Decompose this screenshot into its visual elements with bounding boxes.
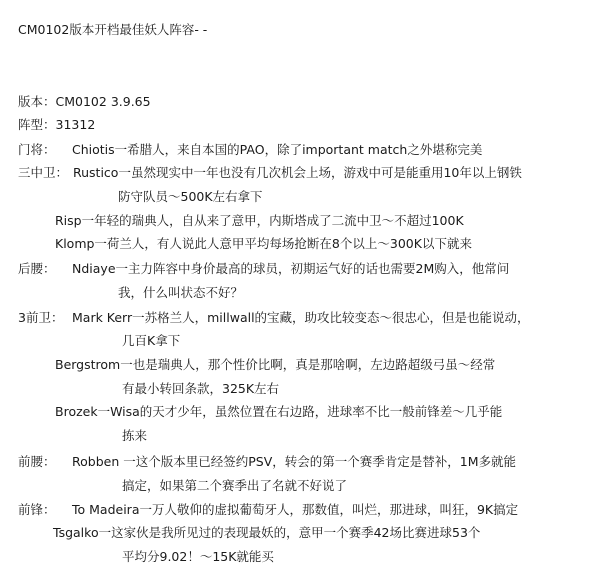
version-row: 版本：CM0102 3.9.65	[18, 94, 151, 110]
center-backs-label: 三中卫：	[18, 165, 68, 181]
midfielder-entry-cont: 几百K拿下	[122, 333, 180, 349]
formation-value: 31312	[56, 117, 96, 132]
midfielder-entry: Brozek一Wisa的天才少年，虽然位置在右边路，进球率不比一般前锋差～几乎能	[55, 404, 502, 420]
formation-label: 阵型：	[18, 117, 56, 132]
page-title: CM0102版本开档最佳妖人阵容- -	[18, 22, 207, 38]
center-back-entry: Rustico一虽然现实中一年也没有几次机会上场，游戏中可是能重用10年以上钢铁	[73, 165, 522, 181]
defensive-mid-entry-cont: 我，什么叫状态不好？	[118, 285, 243, 301]
formation-row: 阵型：31312	[18, 117, 95, 133]
midfielder-entry-cont: 拣来	[122, 428, 147, 444]
attacking-mid-label: 前腰：	[18, 454, 56, 470]
version-label: 版本：	[18, 94, 56, 109]
attacking-mid-entry: Robben 一这个版本里已经签约PSV，转会的第一个赛季肯定是替补，1M多就能	[72, 454, 516, 470]
forwards-label: 前锋：	[18, 502, 56, 518]
midfielder-entry: Mark Kerr一苏格兰人，millwall的宝藏，助攻比较变态～很忠心，但是…	[72, 310, 530, 326]
midfielder-entry: Bergstrom一也是瑞典人，那个性价比啊，真是那啥啊，左边路超级弓虽～经常	[55, 357, 495, 373]
midfielders-label: 3前卫：	[18, 310, 63, 326]
forward-entry-cont: 平均分9.02！～15K就能买	[122, 549, 274, 565]
center-back-entry-cont: 防守队员～500K左右拿下	[118, 189, 263, 205]
attacking-mid-entry-cont: 搞定，如果第二个赛季出了名就不好说了	[122, 478, 347, 494]
center-back-entry: Risp一年轻的瑞典人，自从来了意甲，内斯塔成了二流中卫～不超过100K	[55, 213, 464, 229]
forward-entry: Tsgalko一这家伙是我所见过的表现最妖的，意甲一个赛季42场比赛进球53个	[53, 525, 480, 541]
defensive-mid-label: 后腰：	[18, 261, 56, 277]
defensive-mid-entry: Ndiaye一主力阵容中身价最高的球员，初期运气好的话也需要2M购入，他常问	[72, 261, 509, 277]
version-value: CM0102 3.9.65	[56, 94, 151, 109]
goalkeeper-label: 门将：	[18, 142, 56, 158]
goalkeeper-entry: Chiotis一希腊人，来自本国的PAO，除了important match之外…	[72, 142, 482, 158]
midfielder-entry-cont: 有最小转回条款，325K左右	[122, 381, 279, 397]
center-back-entry: Klomp一荷兰人，有人说此人意甲平均每场抢断在8个以上～300K以下就来	[55, 236, 472, 252]
forward-entry: To Madeira一万人敬仰的虚拟葡萄牙人，那数值，叫烂，那进球，叫狂，9K搞…	[72, 502, 518, 518]
